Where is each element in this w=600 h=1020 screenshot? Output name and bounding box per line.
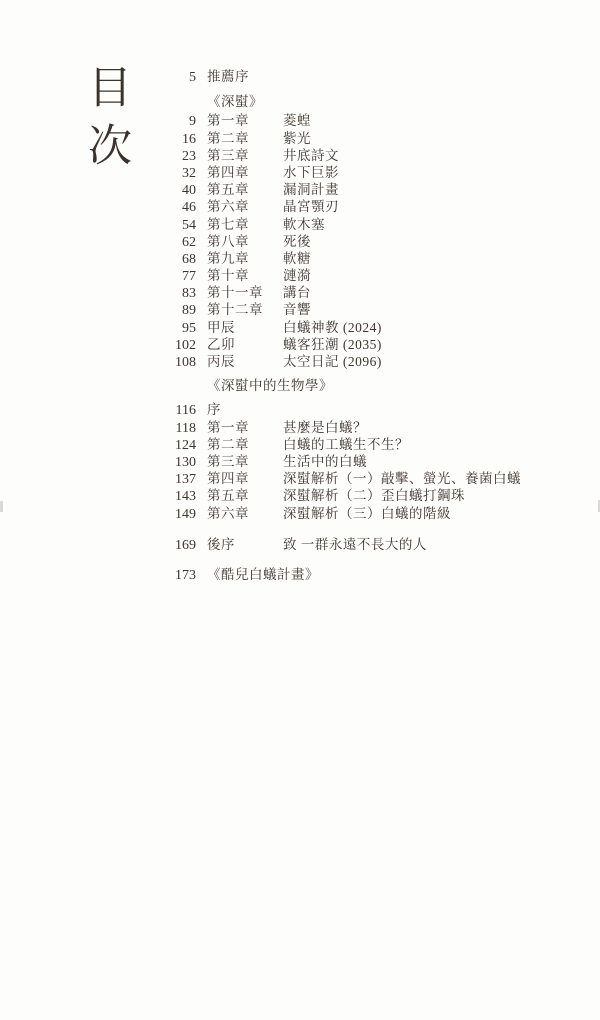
- left-edge-mark: [0, 501, 3, 512]
- toc-entry[interactable]: 173《酷兒白蟻計畫》: [150, 566, 586, 583]
- toc-entry[interactable]: 116序: [150, 401, 586, 418]
- toc-page-number: 173: [150, 567, 196, 584]
- toc-entry[interactable]: 169後序致 一群永遠不長大的人: [150, 536, 586, 553]
- toc-entry[interactable]: 108丙辰太空日記 (2096): [150, 353, 586, 370]
- toc-entry-label: 甲辰: [207, 319, 283, 336]
- toc-entry-title: 漏洞計畫: [283, 181, 586, 198]
- toc-entry-title: 生活中的白蟻: [283, 453, 586, 470]
- toc-page-number: 68: [150, 251, 196, 268]
- toc-entry-label: 第一章: [207, 112, 283, 129]
- toc-entry[interactable]: 46第六章晶宮顎刃: [150, 198, 586, 215]
- toc-page-number: 40: [150, 182, 196, 199]
- toc-entry-title: 講台: [283, 284, 586, 301]
- toc-entry-title: 漣漪: [283, 267, 586, 284]
- toc-entry-title: 深螱解析（一）敲擊、螢光、養菌白蟻: [283, 470, 586, 487]
- toc-entry-label: 丙辰: [207, 353, 283, 370]
- toc-entry-title: 晶宮顎刃: [283, 198, 586, 215]
- toc-entry-label: 第四章: [207, 470, 283, 487]
- toc-entry-label: 第三章: [207, 147, 283, 164]
- toc-section: 《深螱》9第一章菱蝗16第二章紫光23第三章井底詩文32第四章水下巨影40第五章…: [150, 93, 586, 370]
- toc-entry-label: 《酷兒白蟻計畫》: [207, 566, 319, 583]
- toc-entry-title: 蟻客狂潮 (2035): [283, 336, 586, 353]
- toc-page-number: 83: [150, 285, 196, 302]
- toc-page-number: 169: [150, 537, 196, 554]
- toc-entry[interactable]: 77第十章漣漪: [150, 267, 586, 284]
- toc-entry-label: 第十章: [207, 267, 283, 284]
- toc-entry-title: 白蟻的工蟻生不生？: [283, 436, 586, 453]
- toc-section-heading: 《深螱中的生物學》: [207, 377, 586, 394]
- toc-page: 目次 5推薦序《深螱》9第一章菱蝗16第二章紫光23第三章井底詩文32第四章水下…: [0, 0, 600, 1020]
- page-title: 目次: [83, 64, 127, 180]
- toc-entry[interactable]: 118第一章甚麼是白蟻？: [150, 419, 586, 436]
- toc-entry-title: 軟糖: [283, 250, 586, 267]
- toc-entry-title: 軟木塞: [283, 216, 586, 233]
- toc-page-number: 9: [150, 113, 196, 130]
- toc-page-number: 149: [150, 506, 196, 523]
- toc-page-number: 46: [150, 199, 196, 216]
- toc-entry-label: 乙卯: [207, 336, 283, 353]
- toc-entry-label: 第九章: [207, 250, 283, 267]
- toc-page-number: 137: [150, 471, 196, 488]
- toc-page-number: 116: [150, 402, 196, 419]
- toc-entry-title: 太空日記 (2096): [283, 353, 586, 370]
- toc-entry[interactable]: 62第八章死後: [150, 233, 586, 250]
- toc-entry[interactable]: 83第十一章講台: [150, 284, 586, 301]
- toc-entry-title: 紫光: [283, 130, 586, 147]
- toc-entry-title: 致 一群永遠不長大的人: [283, 536, 586, 553]
- toc-page-number: 118: [150, 420, 196, 437]
- toc-entry-title: 白蟻神教 (2024): [283, 319, 586, 336]
- toc-entry-label: 推薦序: [207, 68, 283, 85]
- toc-entry-label: 第六章: [207, 505, 283, 522]
- toc-list: 5推薦序《深螱》9第一章菱蝗16第二章紫光23第三章井底詩文32第四章水下巨影4…: [150, 68, 586, 583]
- toc-entry[interactable]: 143第五章深螱解析（二）歪白蟻打鋼珠: [150, 487, 586, 504]
- toc-page-number: 77: [150, 268, 196, 285]
- toc-entry-label: 第八章: [207, 233, 283, 250]
- toc-page-number: 23: [150, 148, 196, 165]
- toc-page-number: 62: [150, 234, 196, 251]
- toc-entry-title: 音響: [283, 301, 586, 318]
- toc-entry[interactable]: 23第三章井底詩文: [150, 147, 586, 164]
- toc-entry[interactable]: 40第五章漏洞計畫: [150, 181, 586, 198]
- toc-entry[interactable]: 9第一章菱蝗: [150, 112, 586, 129]
- toc-entry[interactable]: 89第十二章音響: [150, 301, 586, 318]
- toc-entry-label: 第五章: [207, 487, 283, 504]
- toc-page-number: 124: [150, 437, 196, 454]
- toc-entry[interactable]: 95甲辰白蟻神教 (2024): [150, 319, 586, 336]
- toc-entry-label: 第十一章: [207, 284, 283, 301]
- toc-page-number: 95: [150, 320, 196, 337]
- toc-page-number: 54: [150, 217, 196, 234]
- toc-entry-title: 水下巨影: [283, 164, 586, 181]
- toc-entry[interactable]: 137第四章深螱解析（一）敲擊、螢光、養菌白蟻: [150, 470, 586, 487]
- toc-entry-label: 第一章: [207, 419, 283, 436]
- toc-entry-label: 第四章: [207, 164, 283, 181]
- toc-entry-label: 第七章: [207, 216, 283, 233]
- toc-page-number: 130: [150, 454, 196, 471]
- toc-entry-label: 序: [207, 401, 283, 418]
- toc-page-number: 32: [150, 165, 196, 182]
- toc-entry[interactable]: 54第七章軟木塞: [150, 216, 586, 233]
- toc-entry-title: 甚麼是白蟻？: [283, 419, 586, 436]
- toc-entry-label: 第二章: [207, 130, 283, 147]
- toc-section-heading: 《深螱》: [207, 93, 586, 110]
- toc-page-number: 102: [150, 337, 196, 354]
- toc-page-number: 143: [150, 488, 196, 505]
- toc-entry-label: 第五章: [207, 181, 283, 198]
- toc-entry-label: 第十二章: [207, 301, 283, 318]
- toc-page-number: 108: [150, 354, 196, 371]
- toc-entry[interactable]: 124第二章白蟻的工蟻生不生？: [150, 436, 586, 453]
- toc-entry[interactable]: 149第六章深螱解析（三）白蟻的階級: [150, 505, 586, 522]
- toc-entry-title: 井底詩文: [283, 147, 586, 164]
- toc-page-number: 16: [150, 131, 196, 148]
- toc-entry-label: 第六章: [207, 198, 283, 215]
- toc-entry[interactable]: 32第四章水下巨影: [150, 164, 586, 181]
- toc-entry[interactable]: 68第九章軟糖: [150, 250, 586, 267]
- toc-entry-title: 深螱解析（二）歪白蟻打鋼珠: [283, 487, 586, 504]
- toc-section: 《深螱中的生物學》116序118第一章甚麼是白蟻？124第二章白蟻的工蟻生不生？…: [150, 377, 586, 522]
- toc-entry-title: 菱蝗: [283, 112, 586, 129]
- toc-page-number: 5: [150, 69, 196, 86]
- toc-entry-title: 深螱解析（三）白蟻的階級: [283, 505, 586, 522]
- toc-entry[interactable]: 130第三章生活中的白蟻: [150, 453, 586, 470]
- toc-entry[interactable]: 102乙卯蟻客狂潮 (2035): [150, 336, 586, 353]
- toc-entry-label: 後序: [207, 536, 283, 553]
- toc-entry[interactable]: 16第二章紫光: [150, 130, 586, 147]
- toc-entry-label: 第二章: [207, 436, 283, 453]
- toc-entry-title: 死後: [283, 233, 586, 250]
- toc-page-number: 89: [150, 302, 196, 319]
- toc-entry[interactable]: 5推薦序: [150, 68, 586, 85]
- toc-entry-label: 第三章: [207, 453, 283, 470]
